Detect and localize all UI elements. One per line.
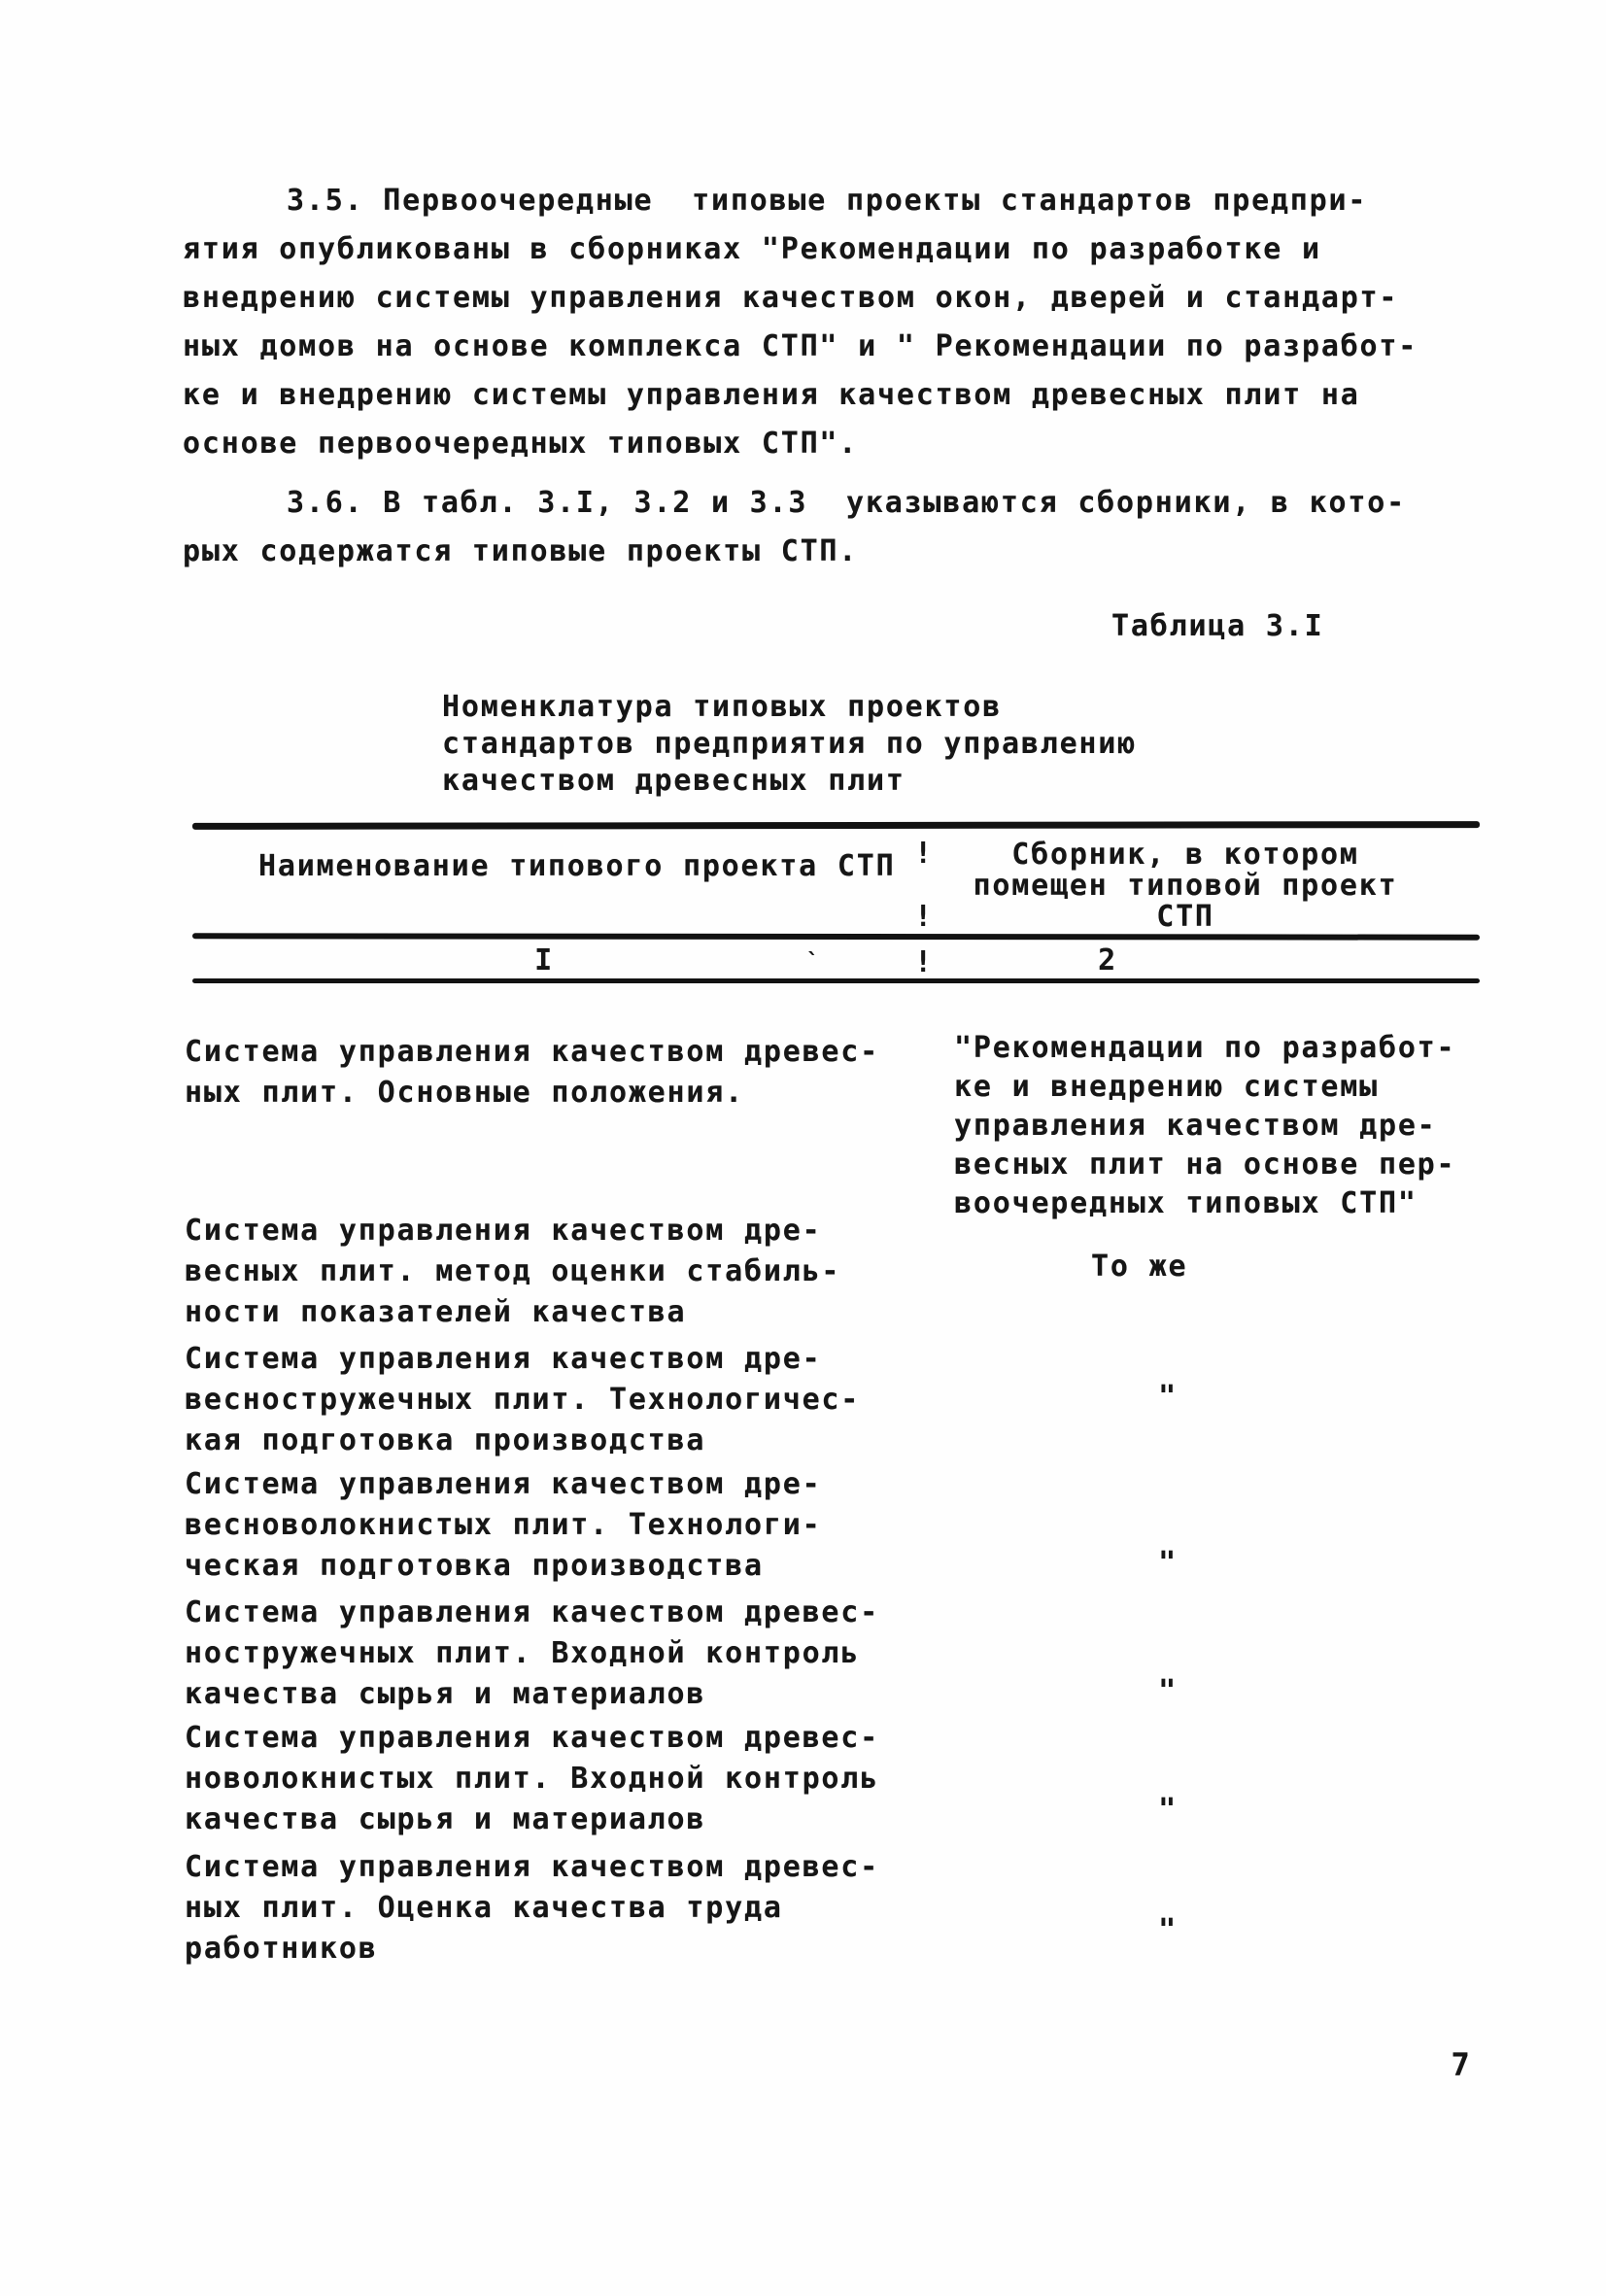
scanned-document-page: 3.5. Первоочередные типовые проекты стан… xyxy=(0,0,1606,2296)
column-number-1: I xyxy=(515,943,573,977)
table-row-4-ditto-mark: " xyxy=(1145,1546,1191,1580)
table-rule-bottom xyxy=(192,978,1480,983)
table-row-6-ditto-mark: " xyxy=(1145,1793,1191,1827)
table-row-2-source: То же xyxy=(1091,1250,1187,1284)
table-row-7-name: Система управления качеством древес- ных… xyxy=(185,1847,879,1970)
table-header-col2: Сборник, в котором помещен типовой проек… xyxy=(933,840,1438,933)
table-rule-middle xyxy=(192,933,1480,940)
column-separator-mark: ! xyxy=(914,900,934,934)
table-row-2-name: Система управления качеством дре- весных… xyxy=(185,1211,840,1333)
table-row-6-name: Система управления качеством древес- нов… xyxy=(185,1718,879,1840)
table-rule-top xyxy=(192,821,1480,830)
table-label: Таблица 3.I xyxy=(1111,608,1323,645)
table-row-5-name: Система управления качеством древес- нос… xyxy=(185,1593,879,1715)
table-header-col1: Наименование типового проекта СТП xyxy=(258,849,895,883)
column-number-2: 2 xyxy=(1078,943,1137,977)
stray-scan-mark: ` xyxy=(806,950,821,975)
table-row-3-ditto-mark: " xyxy=(1145,1380,1191,1414)
table-title: Номенклатура типовых проектов стандартов… xyxy=(442,689,1137,800)
paragraph-3-6: 3.6. В табл. 3.I, 3.2 и 3.3 указываются … xyxy=(183,479,1406,576)
table-row-1-source: "Рекомендации по разработ- ке и внедрени… xyxy=(954,1029,1455,1223)
column-separator-mark: ! xyxy=(914,837,934,871)
table-row-4-name: Система управления качеством дре- веснов… xyxy=(185,1464,821,1587)
table-row-5-ditto-mark: " xyxy=(1145,1674,1191,1708)
table-row-7-ditto-mark: " xyxy=(1145,1913,1191,1947)
column-separator-mark: ! xyxy=(914,945,934,979)
table-row-1-name: Система управления качеством древес- ных… xyxy=(185,1032,879,1114)
table-row-3-name: Система управления качеством дре- веснос… xyxy=(185,1339,860,1461)
paragraph-3-5: 3.5. Первоочередные типовые проекты стан… xyxy=(183,177,1418,468)
page-number: 7 xyxy=(1438,2046,1485,2083)
